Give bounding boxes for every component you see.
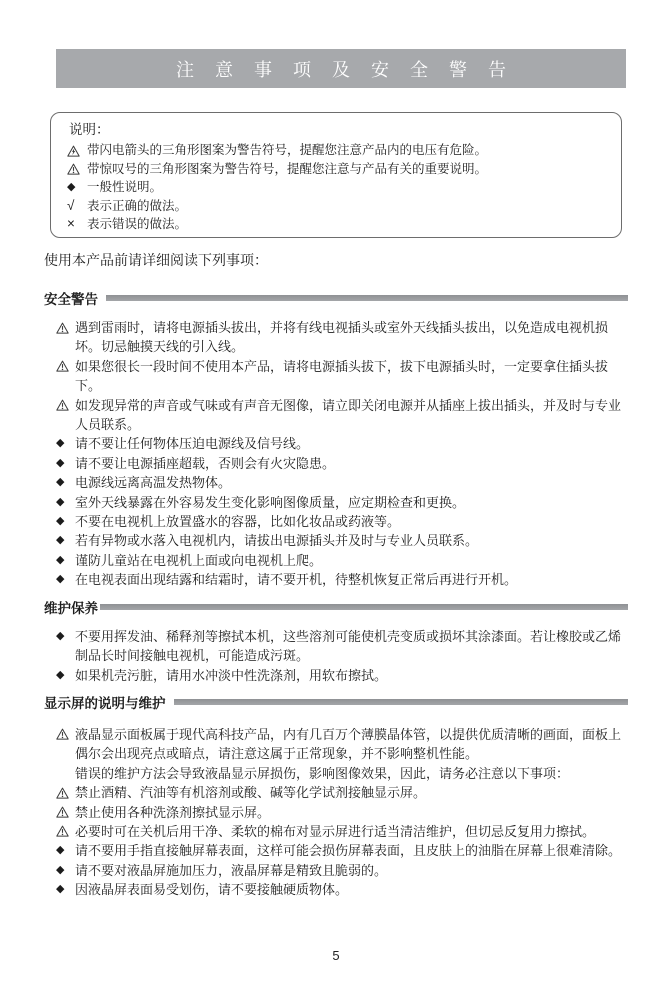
diamond-icon: ◆ [56, 551, 75, 570]
legend-text: 带闪电箭头的三角形图案为警告符号，提醒您注意产品内的电压有危险。 [87, 141, 609, 160]
notice-item: ◆ 请不要让电源插座超载，否则会有火灾隐患。 [56, 454, 628, 473]
section-rule [100, 604, 628, 610]
notice-item: ◆ 请不要对液晶屏施加压力，液晶屏幕是精致且脆弱的。 [56, 861, 628, 880]
notice-item: ◆ 因液晶屏表面易受划伤，请不要接触硬质物体。 [56, 880, 628, 899]
section-heading-display: 显示屏的说明与维护 [44, 692, 628, 712]
legend-text: 表示正确的做法。 [87, 197, 609, 216]
notice-item: ◆ 在电视表面出现结露和结霜时，请不要开机，待整机恢复正常后再进行开机。 [56, 570, 628, 589]
diamond-icon: ◆ [56, 473, 75, 492]
diamond-icon: ◆ [56, 531, 75, 550]
section-rule [174, 699, 629, 705]
warning-triangle-icon [56, 318, 75, 334]
page-title-banner: 注 意 事 项 及 安 全 警 告 [56, 49, 626, 88]
warning-triangle-icon [56, 803, 75, 819]
legend-title: 说明： [69, 120, 609, 140]
warning-text: 液晶显示面板属于现代高科技产品，内有几百万个薄膜晶体管，以提供优质清晰的画面，面… [75, 725, 628, 764]
warning-item: 必要时可在关机后用干净、柔软的棉布对显示屏进行适当清洁维护，但切忌反复用力擦拭。 [56, 822, 628, 841]
intro-line: 使用本产品前请详细阅读下列事项： [44, 252, 628, 269]
continuation-text: 错误的维护方法会导致液晶显示屏损伤，影响图像效果，因此，请务必注意以下事项： [75, 764, 628, 783]
legend-item: × 表示错误的做法。 [67, 215, 609, 234]
notice-item: ◆ 请不要让任何物体压迫电源线及信号线。 [56, 434, 628, 453]
diamond-icon: ◆ [67, 178, 87, 197]
section-rule [106, 295, 628, 301]
notice-text: 谨防儿童站在电视机上面或向电视机上爬。 [75, 551, 628, 570]
warning-triangle-icon [67, 160, 87, 176]
warning-item: 禁止酒精、汽油等有机溶剂或酸、碱等化学试剂接触显示屏。 [56, 783, 628, 802]
legend-item: ◆ 一般性说明。 [67, 178, 609, 197]
diamond-icon: ◆ [56, 841, 75, 860]
diamond-icon: ◆ [56, 666, 75, 685]
legend-item: √ 表示正确的做法。 [67, 197, 609, 216]
warning-item: 如果您很长一段时间不使用本产品，请将电源插头拔下，拔下电源插头时，一定要拿住插头… [56, 357, 628, 396]
notice-item: ◆ 电源线远离高温发热物体。 [56, 473, 628, 492]
warning-item: 遇到雷雨时，请将电源插头拔出，并将有线电视插头或室外天线插头拔出，以免造成电视机… [56, 318, 628, 357]
section-items-display: 液晶显示面板属于现代高科技产品，内有几百万个薄膜晶体管，以提供优质清晰的画面，面… [56, 725, 628, 900]
warning-triangle-icon [56, 783, 75, 799]
notice-text: 请不要对液晶屏施加压力，液晶屏幕是精致且脆弱的。 [75, 861, 628, 880]
warning-triangle-icon [56, 725, 75, 741]
diamond-icon: ◆ [56, 880, 75, 899]
notice-text: 不要用挥发油、稀释剂等擦拭本机，这些溶剂可能使机壳变质或损坏其涂漆面。若让橡胶或… [75, 627, 628, 666]
notice-item: ◆ 不要用挥发油、稀释剂等擦拭本机，这些溶剂可能使机壳变质或损坏其涂漆面。若让橡… [56, 627, 628, 666]
warning-text: 遇到雷雨时，请将电源插头拔出，并将有线电视插头或室外天线插头拔出，以免造成电视机… [75, 318, 628, 357]
notice-text: 若有异物或水落入电视机内，请拔出电源插头并及时与专业人员联系。 [75, 531, 628, 550]
notice-text: 不要在电视机上放置盛水的容器，比如化妆品或药液等。 [75, 512, 628, 531]
diamond-icon: ◆ [56, 570, 75, 589]
warning-triangle-icon [56, 357, 75, 373]
notice-item: ◆ 请不要用手指直接触屏幕表面，这样可能会损伤屏幕表面，且皮肤上的油脂在屏幕上很… [56, 841, 628, 860]
cross-icon: × [67, 215, 87, 234]
lightning-triangle-icon [67, 141, 87, 157]
legend-text: 带惊叹号的三角形图案为警告符号，提醒您注意与产品有关的重要说明。 [87, 160, 609, 179]
notice-item: ◆ 谨防儿童站在电视机上面或向电视机上爬。 [56, 551, 628, 570]
section-heading-safety: 安全警告 [44, 288, 628, 308]
warning-triangle-icon [56, 396, 75, 412]
diamond-icon: ◆ [56, 454, 75, 473]
page-number: 5 [0, 948, 672, 963]
warning-text: 禁止酒精、汽油等有机溶剂或酸、碱等化学试剂接触显示屏。 [75, 783, 628, 802]
notice-item: ◆ 若有异物或水落入电视机内，请拔出电源插头并及时与专业人员联系。 [56, 531, 628, 550]
legend-item: 带惊叹号的三角形图案为警告符号，提醒您注意与产品有关的重要说明。 [67, 160, 609, 179]
warning-item: 如发现异常的声音或气味或有声音无图像，请立即关闭电源并从插座上拔出插头，并及时与… [56, 396, 628, 435]
legend-text: 一般性说明。 [87, 178, 609, 197]
warning-text: 必要时可在关机后用干净、柔软的棉布对显示屏进行适当清洁维护，但切忌反复用力擦拭。 [75, 822, 628, 841]
notice-text: 在电视表面出现结露和结霜时，请不要开机，待整机恢复正常后再进行开机。 [75, 570, 628, 589]
warning-text: 禁止使用各种洗涤剂擦拭显示屏。 [75, 803, 628, 822]
main-content: 使用本产品前请详细阅读下列事项： 安全警告 遇到雷雨时，请将电源插头拔出，并将有… [44, 252, 628, 907]
continuation-item: 错误的维护方法会导致液晶显示屏损伤，影响图像效果，因此，请务必注意以下事项： [56, 764, 628, 783]
notice-item: ◆ 室外天线暴露在外容易发生变化影响图像质量，应定期检查和更换。 [56, 493, 628, 512]
diamond-icon: ◆ [56, 434, 75, 453]
legend-text: 表示错误的做法。 [87, 215, 609, 234]
diamond-icon: ◆ [56, 861, 75, 880]
diamond-icon: ◆ [56, 512, 75, 531]
notice-text: 如果机壳污脏，请用水冲淡中性洗涤剂，用软布擦拭。 [75, 666, 628, 685]
notice-text: 请不要让任何物体压迫电源线及信号线。 [75, 434, 628, 453]
warning-item: 禁止使用各种洗涤剂擦拭显示屏。 [56, 803, 628, 822]
warning-triangle-icon [56, 822, 75, 838]
notice-item: ◆ 不要在电视机上放置盛水的容器，比如化妆品或药液等。 [56, 512, 628, 531]
diamond-icon: ◆ [56, 627, 75, 646]
section-title: 安全警告 [44, 288, 98, 308]
legend-item: 带闪电箭头的三角形图案为警告符号，提醒您注意产品内的电压有危险。 [67, 141, 609, 160]
warning-text: 如发现异常的声音或气味或有声音无图像，请立即关闭电源并从插座上拔出插头，并及时与… [75, 396, 628, 435]
notice-text: 室外天线暴露在外容易发生变化影响图像质量，应定期检查和更换。 [75, 493, 628, 512]
notice-item: ◆ 如果机壳污脏，请用水冲淡中性洗涤剂，用软布擦拭。 [56, 666, 628, 685]
section-items-maintenance: ◆ 不要用挥发油、稀释剂等擦拭本机，这些溶剂可能使机壳变质或损坏其涂漆面。若让橡… [56, 627, 628, 685]
notice-text: 请不要让电源插座超载，否则会有火灾隐患。 [75, 454, 628, 473]
notice-text: 请不要用手指直接触屏幕表面，这样可能会损伤屏幕表面，且皮肤上的油脂在屏幕上很难清… [75, 841, 628, 860]
notice-text: 电源线远离高温发热物体。 [75, 473, 628, 492]
warning-item: 液晶显示面板属于现代高科技产品，内有几百万个薄膜晶体管，以提供优质清晰的画面，面… [56, 725, 628, 764]
notice-text: 因液晶屏表面易受划伤，请不要接触硬质物体。 [75, 880, 628, 899]
page-title: 注 意 事 项 及 安 全 警 告 [168, 56, 514, 82]
legend-box: 说明： 带闪电箭头的三角形图案为警告符号，提醒您注意产品内的电压有危险。 带惊叹… [50, 112, 622, 238]
section-items-safety: 遇到雷雨时，请将电源插头拔出，并将有线电视插头或室外天线插头拔出，以免造成电视机… [56, 318, 628, 590]
section-title: 显示屏的说明与维护 [44, 692, 166, 712]
section-heading-maintenance: 维护保养 [44, 597, 628, 617]
check-icon: √ [67, 197, 87, 216]
section-title: 维护保养 [44, 597, 98, 617]
warning-text: 如果您很长一段时间不使用本产品，请将电源插头拔下，拔下电源插头时，一定要拿住插头… [75, 357, 628, 396]
diamond-icon: ◆ [56, 493, 75, 512]
